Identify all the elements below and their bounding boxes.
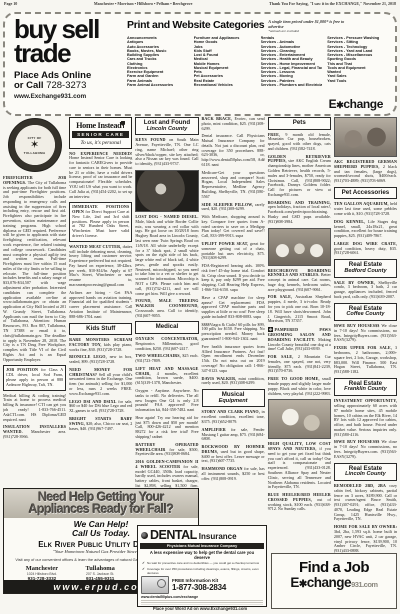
category-column-2: Furniture and AppliancesHome GoodsJobsKi…	[194, 36, 256, 87]
section-header: Real EstateBedford County	[334, 259, 397, 277]
region-list: Manchester • Morrison • Hillsboro • Pelh…	[94, 1, 192, 6]
find-a-job-ad: Find a Job E✱change931.com	[271, 553, 397, 609]
section-title: Pet Accessories	[336, 190, 395, 197]
category-column-4: Services - Pressure WashingServices - Si…	[327, 36, 389, 87]
classified-ad: Have a CPAP machine for sleep apnea? Get…	[202, 296, 265, 320]
dental-company: Physicians Mutual Insurance Company	[140, 543, 264, 549]
place-ads-text: Place Ads Online or Call 728-3273	[14, 71, 124, 91]
buy-sell-trade-block: buy sell trade Place Ads Online or Call …	[14, 18, 124, 100]
home-instead-slogan: To us, it's personal	[72, 140, 129, 146]
masthead: Page 10 Manchester • Morrison • Hillsbor…	[4, 1, 396, 6]
classified-ad: REMODELED 2BD, 2BA cozy cabin feel, hick…	[334, 484, 397, 522]
dental-bullets: ✓No wait for preventive care and no dedu…	[142, 561, 262, 575]
classified-ad: $$$$Viagra & Cialis! 60 pills for $99, 1…	[202, 323, 265, 342]
home-instead-brand: Home Instead	[72, 121, 129, 130]
category-item: Services - Health and Beauty	[261, 57, 323, 61]
dental-headline: A less expensive way to help get the den…	[138, 550, 266, 560]
find-a-job-text: Find a Job	[272, 560, 396, 575]
section-county: Bedford County	[336, 269, 395, 275]
section-header: Lost and FoundLincoln County	[135, 117, 198, 135]
classified-ad: TEN GALLON AQUARIUM, held water last tim…	[334, 202, 397, 216]
section-header: Pets	[268, 117, 331, 130]
check-icon: ✓	[142, 567, 145, 571]
classified-ad: BLUE HEELER/RED HEELER CROSSED PUPPIES, …	[268, 493, 331, 512]
classified-ad: With Medicare, shopping around is key. C…	[202, 215, 265, 239]
classified-ad: INVESTMENT OPPORTUNITY, selling approxim…	[334, 399, 397, 437]
classified-ad: BACK BRACE, Evotec, can send photo, mint…	[202, 117, 265, 131]
dental-insurance-ad: DENTAL Insurance Physicians Mutual Insur…	[137, 525, 267, 607]
categories-note: A single item priced under $1,000* is fr…	[268, 19, 356, 33]
seal-star-icon: ✶	[24, 140, 46, 151]
dental-website: www.dental50plus.com/exchange	[141, 595, 263, 599]
exchange-logo: E✱change	[329, 97, 383, 111]
location-tullahoma: Tullahoma 207 S. Jackson St. 931-455-931…	[86, 565, 115, 581]
classified-ad: LOST DOG - NAMED DIESEL. Male, black and…	[135, 215, 198, 296]
category-item: Services - Plumbers and Electricians	[261, 83, 323, 87]
classified-ad: BEECHGROVE BOARDING KENNELS AND STABLES.…	[268, 269, 331, 293]
section-county: Coffee County	[336, 312, 395, 318]
dental-bullet: ✓Coverage for over 350 procedures includ…	[142, 567, 262, 575]
home-instead-logo-ad: Home InsteadSENIOR CARETo us, it's perso…	[69, 117, 132, 149]
dental-title: DENTAL Insurance	[138, 526, 266, 542]
classified-ad: HIGH QUALITY, LOW COST SPAYS AND NEUTERS…	[268, 442, 331, 490]
classified-ad: HOME FOR SALE BY OWNER: 3bd, 2ba, 1,593 …	[334, 525, 397, 554]
classified-ad: NO EXPERIENCE NEEDED! Home Instead Senio…	[69, 152, 132, 200]
section-county: Lincoln County	[137, 127, 196, 133]
classified-ad: SIDE SLEEPER PILLOW, rarely used, $20. (…	[202, 203, 265, 213]
classified-ad: FREE, 9 month old female, Mountain Cur p…	[268, 133, 331, 152]
newspaper-page: Page 10 Manchester • Morrison • Hillsbor…	[0, 0, 400, 614]
lost-dog-photo	[135, 170, 198, 212]
exchange-url: www.Exchange931.com	[14, 93, 124, 100]
classified-ad: NEED MONEY FOR CHRISTMAS? Sell all your …	[69, 368, 132, 397]
classified-ad: FDA-Registered hearing aids. 100% risk f…	[202, 264, 265, 293]
classified-ad: FOR SALE, 2 Mountain Cur females, one sp…	[268, 355, 331, 374]
tullahoma-city-seal: CITY OF✶TULLAHOMA	[8, 118, 62, 172]
dog-and-cat-photo	[268, 399, 331, 439]
category-item: Farm Animal Accessories	[127, 83, 189, 87]
classified-ad: FIREFIGHTER JOB OPENINGS. The City of Tu…	[3, 176, 66, 362]
classified-ad: BIONICLE LEGO, new in box, sealed, $99. …	[69, 355, 132, 365]
exchange931-logo: E✱change931.com	[272, 575, 396, 592]
classified-ad: BATTERY OPERATED WHEELCHAIR for sale, $5…	[135, 443, 198, 457]
section-title: Medical	[137, 324, 196, 331]
category-columns: AnnouncementsAntiquesAuto AccessoriesBoo…	[127, 36, 389, 87]
seal-text-bottom: TULLAHOMA	[24, 151, 46, 155]
german-shepherd-puppies-photo	[334, 117, 397, 157]
section-county: Lincoln County	[336, 472, 395, 478]
classified-ad: $$WE BUY HOUSES$$ We close in 7-10 days!…	[334, 440, 397, 459]
section-header: Kids Stuff	[69, 323, 132, 336]
section-header: Real EstateLincoln County	[334, 463, 397, 481]
classified-ad: FREE TO GOOD HOME, small female puppy an…	[268, 377, 331, 396]
classified-ad: ROCKWOOD BY HOHNER DRUMS, used but in go…	[202, 445, 265, 464]
classified-ad: JOB POSITION for Class A CDL driver, loc…	[3, 365, 66, 390]
categories-note-exclusion: *animals are excluded	[268, 29, 356, 33]
elk-river-headline: Need Help Getting Your Appliances Ready …	[4, 489, 198, 518]
classified-ad: ❉PAMPERED PAWS GROOMING SALON AND BOARDI…	[268, 327, 331, 352]
classified-ad: IMMEDIATE POSITIONS OPEN for Direct Supp…	[69, 202, 132, 241]
footer-word-ad-line: Place your Word Ad on www.Exchange931.co…	[120, 606, 280, 611]
check-icon: ✓	[142, 561, 145, 565]
information-kit-image	[141, 576, 169, 594]
classified-ad: LEGO DSI AND DSIXL for sale, $60 or $40 …	[69, 400, 132, 414]
classified-ad: Medical billing & coding training! Train…	[3, 394, 66, 423]
classified-ad: Dental insurance. Call Physicians Mutual…	[202, 134, 265, 167]
category-item: Recreational Vehicles	[194, 83, 256, 87]
section-header: Medical	[135, 321, 198, 334]
classified-ad: BRIGHT STARTS BABY SWING, $20; also, Chi…	[69, 417, 132, 431]
promo-box: buy sell trade Place Ads Online or Call …	[3, 12, 397, 116]
section-title: Pets	[270, 120, 329, 127]
section-header: Pet Accessories	[334, 187, 397, 200]
classified-ad: RARE MONSTERS SCREAM FACTORY TOY, kids p…	[69, 338, 132, 352]
section-title: Kids Stuff	[71, 326, 130, 333]
boarding-kennel-dogs-photo	[268, 228, 331, 266]
classified-ad: KEYS FOUND on South Main Avenue, Fayette…	[135, 138, 198, 167]
trade-line: trade	[14, 42, 124, 66]
tree-icon	[121, 121, 125, 128]
star-icon: ✱	[299, 579, 307, 590]
classified-column-6: AKC REGISTERED GERMAN SHEPHERD PUPPIES, …	[334, 117, 397, 611]
page-number: Page 10	[4, 1, 17, 6]
classified-ad: BOARDING AND TRAINING, open holidays, fr…	[268, 201, 331, 225]
classified-ad: INSULATION INSTALLERS WANTED. Manchester…	[3, 425, 66, 439]
classified-ad: Free health insurance quotes from Allied…	[202, 345, 265, 374]
section-header: Real EstateCoffee County	[334, 303, 397, 321]
section-header: MusicalEquipment	[202, 389, 265, 407]
location-manchester: Manchester 1024 Hillsboro Blvd. 931-728-…	[26, 565, 58, 581]
category-item: Yard Tools	[327, 79, 389, 83]
classified-ad: FOR SALE, Australian Shepherd puppies, 4…	[268, 295, 331, 324]
classified-ad: FIXER UPPER FOR SALE, 3 bedrooms, 2 bath…	[334, 346, 397, 375]
classified-ad: AMPLIFIER for sale, Fender Mustang I gui…	[202, 428, 265, 442]
categories-title: Print and Website Categories	[127, 19, 264, 31]
dental-kit-row: FREE Information Kit 1-877-308-2834	[141, 576, 263, 594]
physicians-mutual-logo-icon	[141, 532, 148, 539]
classified-ad: Oxygen - Anytime. Anywhere. No tanks to …	[135, 389, 198, 413]
classified-ad: $$WE BUY HOUSES$$ We close in 7-10 days!…	[334, 324, 397, 343]
classified-ad: LARGE DOG WIRE CRATE, good condition, he…	[334, 242, 397, 256]
category-column-1: AnnouncementsAntiquesAuto AccessoriesBoo…	[127, 36, 189, 87]
section-header: Real EstateFranklin County	[334, 378, 397, 396]
category-column-3: RentalsServices - AnimalsServices - Auto…	[261, 36, 323, 87]
classified-ad: TWO WHEELCHAIRS, $25 each. (931)723-7809…	[135, 354, 198, 364]
categories-heading: Print and Website Categories A single it…	[127, 19, 356, 33]
classified-ad: GOLDEN RETRIEVER PUPPIES, sire AKC Engli…	[268, 155, 331, 198]
classified-ad: SALE BY OWNER, Shelbyville condo, 3 bedr…	[334, 281, 397, 300]
classified-ad: OXYGEN CONCENTRATOR, Respironics Millenn…	[135, 337, 198, 351]
classified-ad: STORY AND CLARK PIANO, in excellent cond…	[202, 410, 265, 424]
classified-ad: FOUND, MALE TREEING WALKER COONHOUND, Cr…	[135, 299, 198, 318]
classified-ad: LIFT HEAT AND MASSAGE CHAIR, 4 months, e…	[135, 367, 198, 386]
section-county: Franklin County	[336, 387, 395, 393]
classified-ad: Hear again! Try our hearing aid for just…	[135, 416, 198, 440]
classified-column-5: PetsFREE, 9 month old female, Mountain C…	[268, 117, 331, 611]
phone-number: 728-3273	[46, 80, 86, 91]
classified-ad: WANTED MEAT CUTTER, duties will include …	[69, 245, 132, 288]
classified-ad: Airlines are hiring - Get FAA approved h…	[69, 291, 132, 320]
classified-ad: DAVIS WALKER, mint condition, rarely use…	[202, 377, 265, 387]
classified-ad: DOG KENNEL, Life Stages dog kennel, smal…	[334, 220, 397, 239]
classified-ad: UPLIFT POWER SEAT, great for someone get…	[202, 242, 265, 261]
dental-bullet: ✓No wait for preventive care and no dedu…	[142, 561, 262, 565]
senior-care-bar: SENIOR CARE	[72, 131, 129, 138]
masthead-slogan: Thank You For Saying, "I saw it in the E…	[269, 1, 396, 6]
section-county: Equipment	[204, 399, 263, 405]
dental-phone: 1-877-308-2834	[172, 583, 226, 592]
classified-ad: AKC REGISTERED GERMAN SHEPHERD PUPPIES, …	[334, 160, 397, 184]
classified-ad: HAMMOND ORGAN for sale, has all instrume…	[202, 467, 265, 481]
classified-ad: Medicare-Get your questions answered, sh…	[202, 171, 265, 200]
